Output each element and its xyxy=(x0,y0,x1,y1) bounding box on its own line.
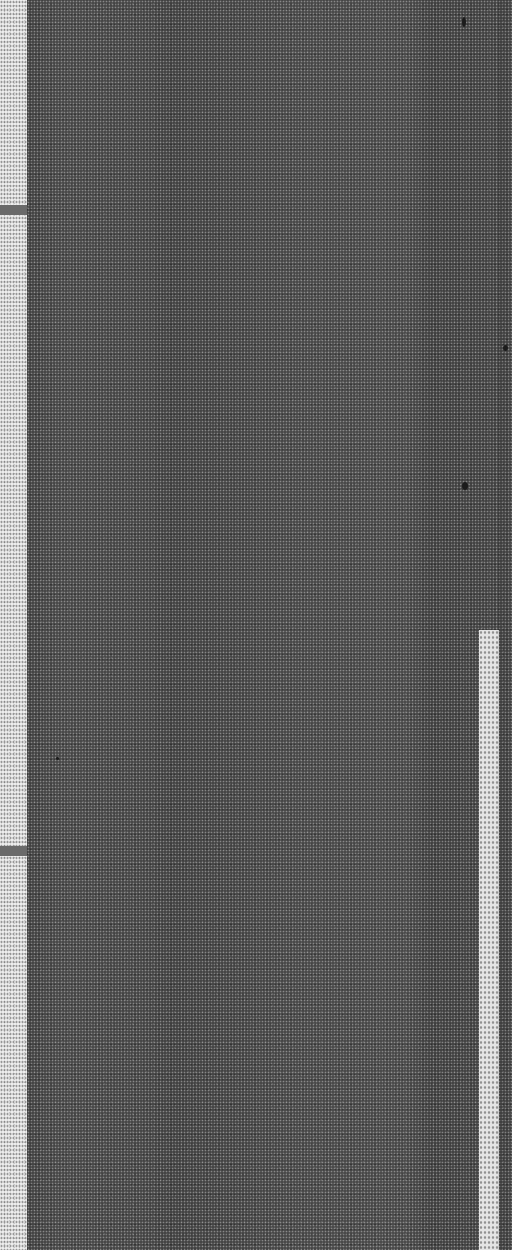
left-line-gap xyxy=(0,846,27,856)
road-debris xyxy=(503,345,508,351)
right-lane-dash xyxy=(479,630,499,1250)
asphalt-surface xyxy=(0,0,512,1250)
right-edge-shade xyxy=(498,0,512,1250)
road-debris xyxy=(462,17,466,27)
left-edge-line xyxy=(0,0,27,1250)
road-debris xyxy=(462,482,468,490)
left-line-gap xyxy=(0,205,27,215)
road-debris xyxy=(56,757,59,760)
